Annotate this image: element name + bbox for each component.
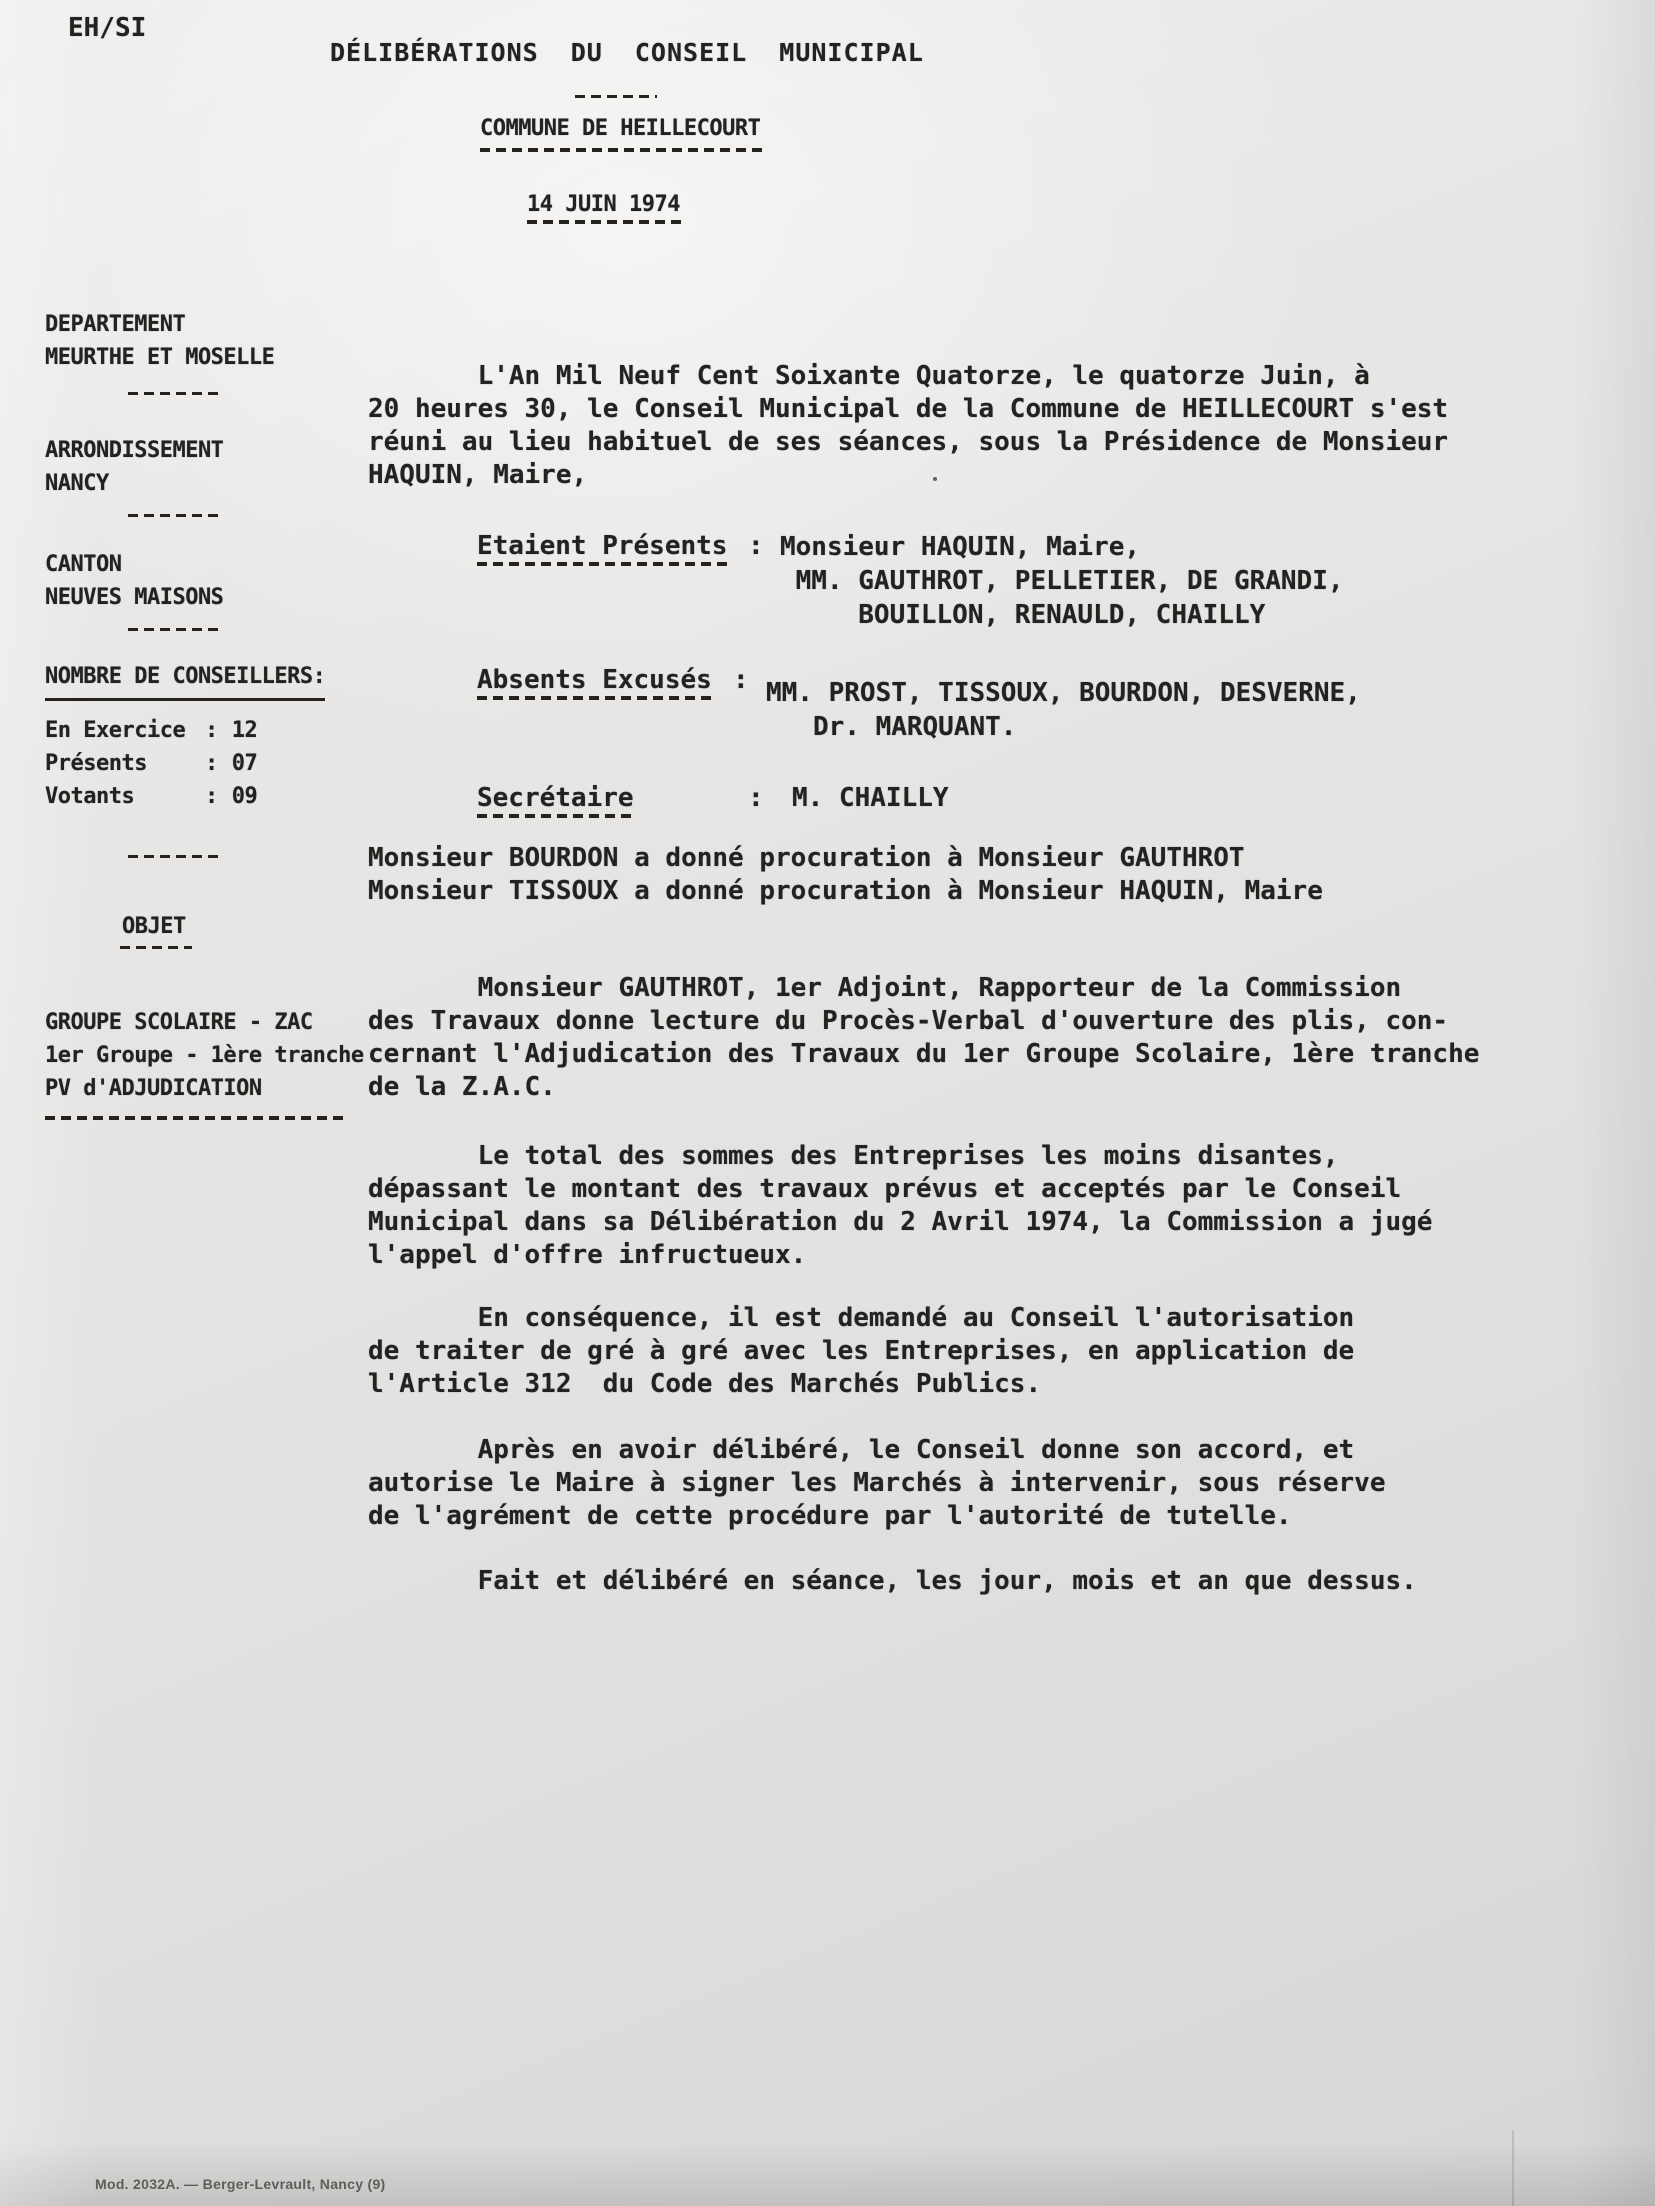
presents-names: Monsieur HAQUIN, Maire, MM. GAUTHROT, PE… [780,530,1344,632]
absents-names: MM. PROST, TISSOUX, BOURDON, DESVERNE, D… [766,676,1361,744]
arrondissement-label: ARRONDISSEMENT [45,434,223,467]
count-separator: : [205,751,218,776]
count-label: En Exercice [45,714,205,747]
absents-colon: : [733,664,749,697]
objet-heading: OBJET [122,910,186,943]
count-row-presents: Présents:07 [45,747,257,780]
presents-label: Etaient Présents [477,530,727,563]
dashed-rule [128,514,220,517]
departement-label: DEPARTEMENT [45,308,185,341]
secretaire-value: M. CHAILLY [792,782,949,815]
dashed-rule [120,946,192,949]
dashed-rule [527,220,685,224]
paragraph-total: Le total des sommes des Entreprises les … [368,1140,1432,1272]
dashed-rule [477,696,713,700]
dashed-rule [128,392,220,395]
closing-line: Fait et délibéré en séance, les jour, mo… [368,1565,1417,1598]
count-value: 09 [232,784,258,809]
procuration-lines: Monsieur BOURDON a donné procuration à M… [368,842,1323,908]
paragraph-rapporteur: Monsieur GAUTHROT, 1er Adjoint, Rapporte… [368,972,1479,1104]
ink-dot-artifact [933,477,937,481]
presents-colon: : [748,530,764,563]
count-label: Votants [45,780,205,813]
secretaire-colon: : [748,782,764,815]
conseillers-heading: NOMBRE DE CONSEILLERS: [45,660,325,701]
canton-value: NEUVES MAISONS [45,581,223,614]
reference-code: EH/SI [68,12,146,45]
scanned-document-page: EH/SI DÉLIBÉRATIONS DU CONSEIL MUNICIPAL… [0,0,1655,2206]
commune-heading: COMMUNE DE HEILLECOURT [480,112,760,145]
secretaire-label: Secrétaire [477,782,634,815]
canton-label: CANTON [45,548,121,581]
scan-edge-artifact [1512,2130,1514,2206]
count-value: 12 [232,718,258,743]
printer-imprint: Mod. 2032A. — Berger-Levrault, Nancy (9) [95,2176,386,2192]
count-separator: : [205,718,218,743]
session-date: 14 JUIN 1974 [527,188,680,221]
dashed-rule [575,95,657,98]
absents-label: Absents Excusés [477,664,712,697]
count-row-votants: Votants:09 [45,780,257,813]
dashed-rule [128,855,220,858]
page-title: DÉLIBÉRATIONS DU CONSEIL MUNICIPAL [330,36,924,69]
departement-value: MEURTHE ET MOSELLE [45,341,274,374]
count-separator: : [205,784,218,809]
dashed-rule [480,148,764,152]
count-value: 07 [232,751,258,776]
count-row-exercice: En Exercice:12 [45,714,257,747]
paragraph-deliberation: Après en avoir délibéré, le Conseil donn… [368,1434,1385,1533]
dashed-rule [128,628,220,631]
paragraph-consequence: En conséquence, il est demandé au Consei… [368,1302,1354,1401]
dashed-rule [477,814,637,818]
arrondissement-value: NANCY [45,467,109,500]
dashed-rule [477,562,729,566]
opening-paragraph: L'An Mil Neuf Cent Soixante Quatorze, le… [368,360,1448,492]
objet-text: GROUPE SCOLAIRE - ZAC 1er Groupe - 1ère … [45,1006,364,1105]
dashed-rule [45,1116,347,1120]
count-label: Présents [45,747,205,780]
